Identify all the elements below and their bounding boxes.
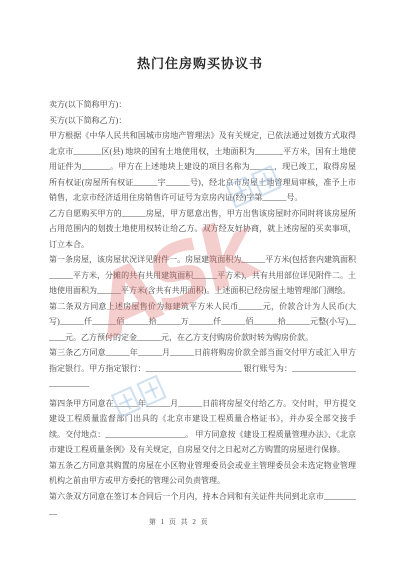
paragraph-clause-4: 第四条甲方同意在______年______月______日前将房屋交付给乙方。交… xyxy=(49,396,356,458)
document-title: 热门住房购买协议书 xyxy=(0,53,400,72)
party-seller-line: 卖方(以下简称甲方)： xyxy=(49,97,356,113)
document-page: ASk 热门住房购买协议书 卖方(以下简称甲方)： 买方(以下简称乙方)： 甲方… xyxy=(0,0,400,565)
paragraph-intro: 甲方根据《中华人民共和国城市房地产管理法》及有关规定，已依法通过划拨方式取得北京… xyxy=(49,128,356,206)
paragraph-clause-6: 第六条双方同意在签订本合同后一个月内，持本合同和有关证件共同到北京市______… xyxy=(49,489,356,520)
document-body: 卖方(以下简称甲方)： 买方(以下简称乙方)： 甲方根据《中华人民共和国城市房地… xyxy=(49,97,356,520)
page-number: 第 1 页 共 2 页 xyxy=(49,517,309,527)
paragraph-clause-5: 第五条乙方同意其购置的房屋在小区物业管理委员会或业主管理委员会未选定物业管理机构… xyxy=(49,458,356,489)
party-buyer-line: 买方(以下简称乙方)： xyxy=(49,113,356,129)
paragraph-clause-3: 第三条乙方同意______年______月______日前将购房价款全部当面交付… xyxy=(49,345,356,392)
paragraph-clause-1: 第一条房屋，该房屋状况详见附件一。房屋建筑面积为______平方米(包括套内建筑… xyxy=(49,252,356,299)
paragraph-purchase: 乙方自愿购买甲方的______房屋，甲方愿意出售，甲方出售该房屋时亦同时将该房屋… xyxy=(49,206,356,253)
paragraph-clause-2: 第二条双方同意上述房屋售价为每建筑平方米人民币______元，价款合计为人民币(… xyxy=(49,299,356,346)
